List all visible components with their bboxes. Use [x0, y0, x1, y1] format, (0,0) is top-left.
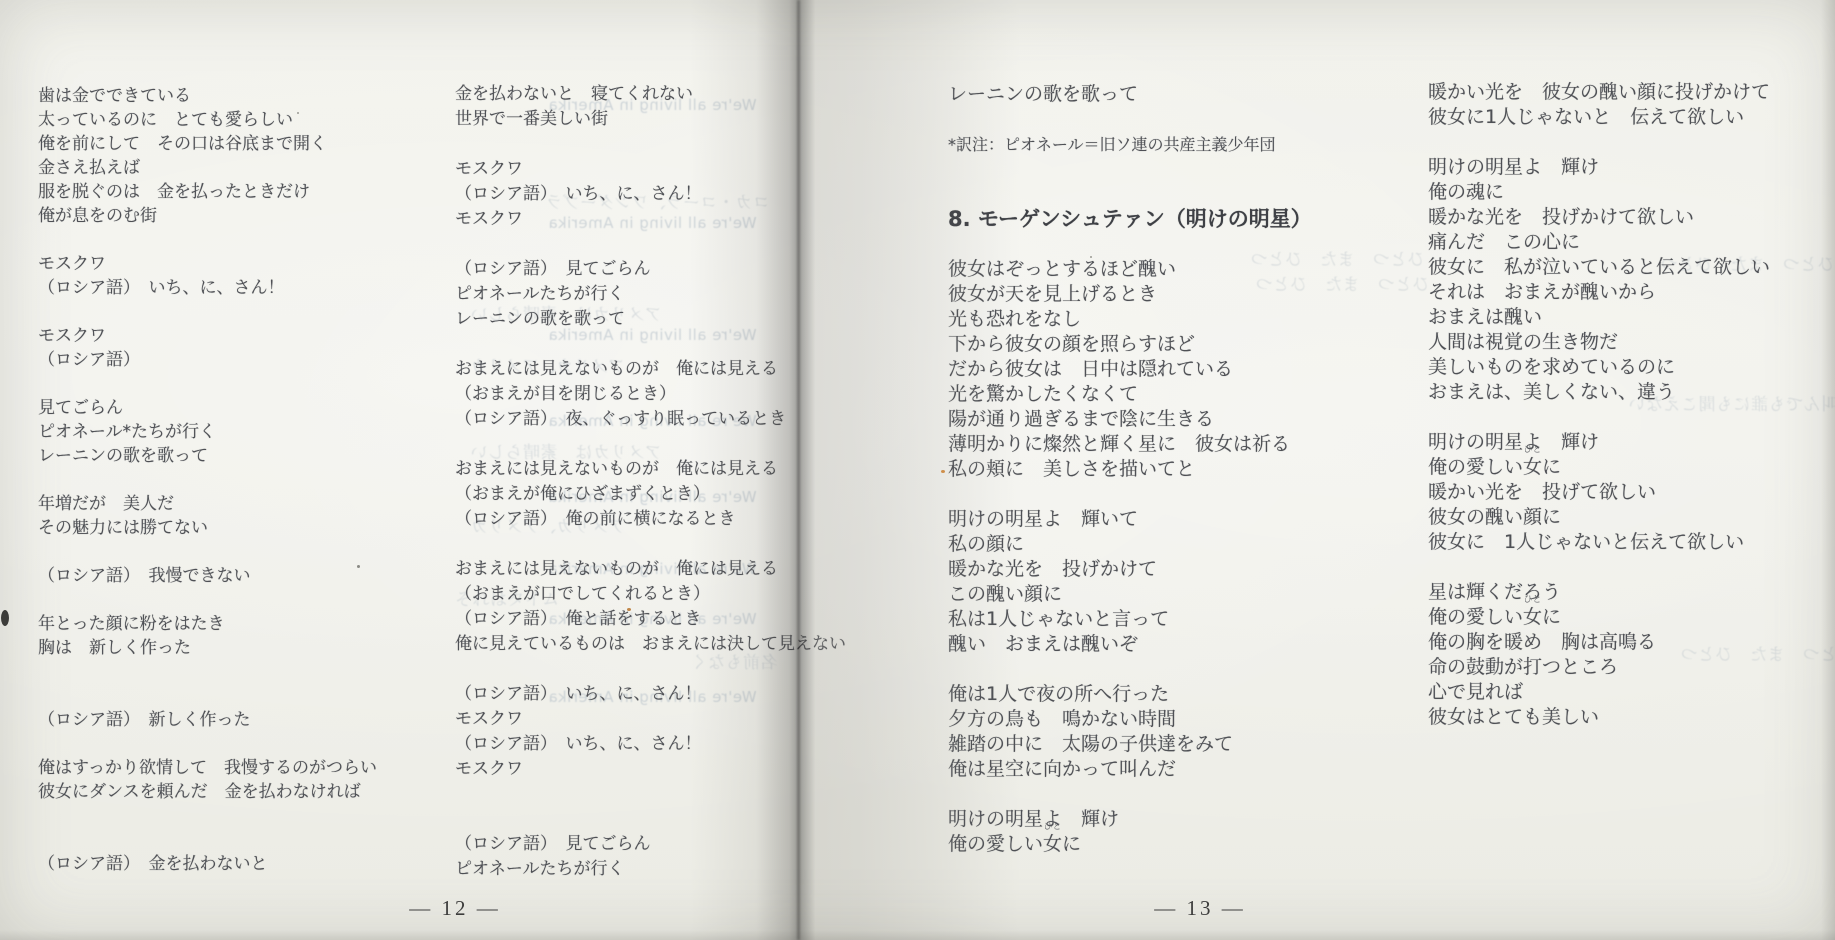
lyric-line: 人間は視覚の生き物だ: [1428, 330, 1770, 355]
lyric-line: 歯は金でできている: [38, 84, 377, 108]
lyric-line: （ロシア語） 見てごらん: [455, 832, 846, 857]
lyric-line: その魅力には勝てない: [38, 516, 377, 540]
lyric-line: 彼女はとても美しい: [1428, 705, 1770, 730]
lyric-line: （ロシア語） 新しく作った: [38, 708, 377, 732]
lyric-line: 俺の愛しい女ひとに: [1428, 455, 1770, 480]
lyric-line: 胸は 新しく作った: [38, 636, 377, 660]
scan-edge-right: [1821, 0, 1835, 940]
lyric-line: （ロシア語） 金を払わないと: [38, 852, 377, 876]
lyric-line: 俺は星空に向かって叫んだ: [948, 757, 1312, 782]
lyric-line: おまえは醜い: [1428, 305, 1770, 330]
dust-speck: [1, 610, 9, 626]
dust-speck: [941, 470, 945, 473]
lyric-line: （ロシア語） いち、に、さん！: [455, 732, 846, 757]
lyric-line: 暖かな光を 投げかけて: [948, 557, 1312, 582]
lyric-line: 俺が息をのむ街: [38, 204, 377, 228]
lyric-line: 私は1人じゃないと言って: [948, 607, 1312, 632]
lyric-line: [38, 300, 377, 324]
dust-speck: [357, 565, 360, 568]
lyric-line: [38, 804, 377, 828]
lyric-line: [38, 540, 377, 564]
furigana: ひと: [1524, 446, 1542, 455]
lyric-line: 服を脱ぐのは 金を払ったときだけ: [38, 180, 377, 204]
lyric-line: [1428, 130, 1770, 155]
lyric-line: だから彼女は 日中は隠れている: [948, 357, 1312, 382]
ruby-base: 女ひと: [1523, 605, 1542, 630]
lyric-line: [948, 182, 1312, 207]
lyric-line: [38, 684, 377, 708]
lyric-line: 彼女に1人じゃないと 伝えて欲しい: [1428, 105, 1770, 130]
lyric-line: 彼女の醜い顔に: [1428, 505, 1770, 530]
lyric-line: [948, 482, 1312, 507]
lyric-line: 下から彼女の顔を照らすほど: [948, 332, 1312, 357]
ruby-base: 女ひと: [1523, 455, 1542, 480]
lyric-line: 明けの明星よ 輝いて: [948, 507, 1312, 532]
lyric-line: [38, 372, 377, 396]
lyric-line: [455, 432, 846, 457]
lyric-line: （おまえが目を閉じるとき）: [455, 382, 846, 407]
lyric-line: 明けの明星よ 輝け: [1428, 155, 1770, 180]
lyric-line: （ロシア語） 我慢できない: [38, 564, 377, 588]
right-page-column-1: レーニンの歌を歌って *訳注：ピオネール＝旧ソ連の共産主義少年団 8. モーゲン…: [948, 82, 1312, 857]
lyric-line: 私の頬に 美しさを描いてと: [948, 457, 1312, 482]
lyric-line: モスクワ: [38, 252, 377, 276]
lyric-line: おまえには見えないものが 俺には見える: [455, 457, 846, 482]
lyric-line: [948, 157, 1312, 182]
lyric-line: 暖かい光を 彼女の醜い顔に投げかけて: [1428, 80, 1770, 105]
lyric-line: 金さえ払えば: [38, 156, 377, 180]
lyric-line: 光を驚かしたくなくて: [948, 382, 1312, 407]
lyric-line: 陽が通り過ぎるまで陰に生きる: [948, 407, 1312, 432]
lyric-line: [38, 660, 377, 684]
right-page-column-2: 暖かい光を 彼女の醜い顔に投げかけて彼女に1人じゃないと 伝えて欲しい 明けの明…: [1428, 80, 1770, 730]
lyric-line: モスクワ: [38, 324, 377, 348]
lyric-line: 世界で一番美しい街: [455, 107, 846, 132]
scan-edge-bottom: [0, 930, 1835, 940]
lyric-line: 醜い おまえは醜いぞ: [948, 632, 1312, 657]
lyric-line: [948, 107, 1312, 132]
lyric-line: 夕方の鳥も 鳴かない時間: [948, 707, 1312, 732]
lyric-line: [948, 232, 1312, 257]
lyric-line: 暖かな光を 投げかけて欲しい: [1428, 205, 1770, 230]
lyric-line: [948, 782, 1312, 807]
lyric-line: 雑踏の中に 太陽の子供達をみて: [948, 732, 1312, 757]
lyric-line: 年とった顔に粉をはたき: [38, 612, 377, 636]
lyric-line: [948, 657, 1312, 682]
lyric-line: 彼女に 私が泣いていると伝えて欲しい: [1428, 255, 1770, 280]
lyric-line: 彼女はぞっとするほど醜い: [948, 257, 1312, 282]
lyric-line: 俺の愛しい女ひとに: [948, 832, 1312, 857]
lyric-line: 太っているのに とても愛らしい: [38, 108, 377, 132]
lyric-line: （ロシア語） 見てごらん: [455, 257, 846, 282]
lyric-line: おまえには見えないものが 俺には見える: [455, 357, 846, 382]
lyric-line: 俺に見えているものは おまえには決して見えない: [455, 632, 846, 657]
lyric-line: 光も恐れをなし: [948, 307, 1312, 332]
lyric-line: おまえには見えないものが 俺には見える: [455, 557, 846, 582]
lyric-line: [38, 828, 377, 852]
lyric-line: [455, 782, 846, 807]
lyric-line: 俺はすっかり欲情して 我慢するのがつらい: [38, 756, 377, 780]
furigana: ひと: [1044, 823, 1062, 832]
translator-note: *訳注：ピオネール＝旧ソ連の共産主義少年団: [948, 132, 1312, 157]
lyric-line: 彼女が天を見上げるとき: [948, 282, 1312, 307]
dust-speck: [627, 608, 631, 611]
lyric-line: 心で見れば: [1428, 680, 1770, 705]
lyric-line: [1428, 555, 1770, 580]
lyric-line: 俺の胸を暖め 胸は高鳴る: [1428, 630, 1770, 655]
section-header: 8. モーゲンシュテァン（明けの明星）: [948, 207, 1312, 232]
furigana: ひと: [1524, 596, 1542, 605]
lyric-line: [455, 807, 846, 832]
lyric-line: 暖かい光を 投げて欲しい: [1428, 480, 1770, 505]
lyric-line: （おまえが俺にひざまずくとき）: [455, 482, 846, 507]
lyric-line: （ロシア語） 夜、ぐっすり眠っているとき: [455, 407, 846, 432]
lyric-line: [38, 588, 377, 612]
lyric-line: 痛んだ この心に: [1428, 230, 1770, 255]
lyric-line: レーニンの歌を歌って: [948, 82, 1312, 107]
lyric-line: [38, 228, 377, 252]
lyric-line: 俺を前にして その口は谷底まで開く: [38, 132, 377, 156]
lyric-line: レーニンの歌を歌って: [455, 307, 846, 332]
lyric-line: 彼女に 1人じゃないと伝えて欲しい: [1428, 530, 1770, 555]
lyric-line: 金を払わないと 寝てくれない: [455, 82, 846, 107]
lyric-line: この醜い顔に: [948, 582, 1312, 607]
page-number-left: — 12 —: [409, 896, 501, 921]
lyric-line: [455, 232, 846, 257]
lyric-line: 薄明かりに燦然と輝く星に 彼女は祈る: [948, 432, 1312, 457]
lyric-line: モスクワ: [455, 707, 846, 732]
lyric-line: （おまえが口でしてくれるとき）: [455, 582, 846, 607]
lyric-line: ピオネールたちが行く: [455, 857, 846, 882]
lyric-line: モスクワ: [455, 757, 846, 782]
lyric-line: （ロシア語） 俺と話をするとき: [455, 607, 846, 632]
lyric-line: （ロシア語） いち、に、さん！: [455, 682, 846, 707]
lyric-line: モスクワ: [455, 157, 846, 182]
lyric-line: 命の鼓動が打つところ: [1428, 655, 1770, 680]
lyric-line: [38, 468, 377, 492]
left-page-column-2: 金を払わないと 寝てくれない世界で一番美しい街 モスクワ（ロシア語） いち、に、…: [455, 82, 846, 882]
ruby-base: 女ひと: [1043, 832, 1062, 857]
lyric-line: （ロシア語） いち、に、さん！: [38, 276, 377, 300]
lyric-line: 彼女にダンスを頼んだ 金を払わなければ: [38, 780, 377, 804]
lyric-line: （ロシア語） いち、に、さん！: [455, 182, 846, 207]
dust-speck: [297, 112, 299, 114]
lyric-line: 俺の魂に: [1428, 180, 1770, 205]
lyric-line: それは おまえが醜いから: [1428, 280, 1770, 305]
lyric-line: （ロシア語） 俺の前に横になるとき: [455, 507, 846, 532]
lyric-line: 見てごらん: [38, 396, 377, 420]
lyric-line: 明けの明星よ 輝け: [1428, 430, 1770, 455]
lyric-line: [455, 532, 846, 557]
lyric-line: （ロシア語）: [38, 348, 377, 372]
lyric-line: おまえは、美しくない、違う: [1428, 380, 1770, 405]
lyric-line: [1428, 405, 1770, 430]
lyric-line: [38, 732, 377, 756]
dust-speck: [1090, 256, 1092, 258]
lyric-line: 私の顔に: [948, 532, 1312, 557]
lyric-line: 星は輝くだろう: [1428, 580, 1770, 605]
lyric-line: ピオネールたちが行く: [455, 282, 846, 307]
page-number-right: — 13 —: [1154, 896, 1246, 921]
lyric-line: 俺は1人で夜の所へ行った: [948, 682, 1312, 707]
lyric-line: レーニンの歌を歌って: [38, 444, 377, 468]
lyric-line: [455, 657, 846, 682]
left-page-column-1: 歯は金でできている太っているのに とても愛らしい俺を前にして その口は谷底まで開…: [38, 84, 377, 876]
lyric-line: 俺の愛しい女ひとに: [1428, 605, 1770, 630]
lyric-line: 明けの明星よ 輝け: [948, 807, 1312, 832]
lyric-line: ピオネール*たちが行く: [38, 420, 377, 444]
lyric-line: [455, 132, 846, 157]
lyric-line: 美しいものを求めているのに: [1428, 355, 1770, 380]
lyric-line: [455, 332, 846, 357]
lyric-line: 年増だが 美人だ: [38, 492, 377, 516]
lyric-line: モスクワ: [455, 207, 846, 232]
